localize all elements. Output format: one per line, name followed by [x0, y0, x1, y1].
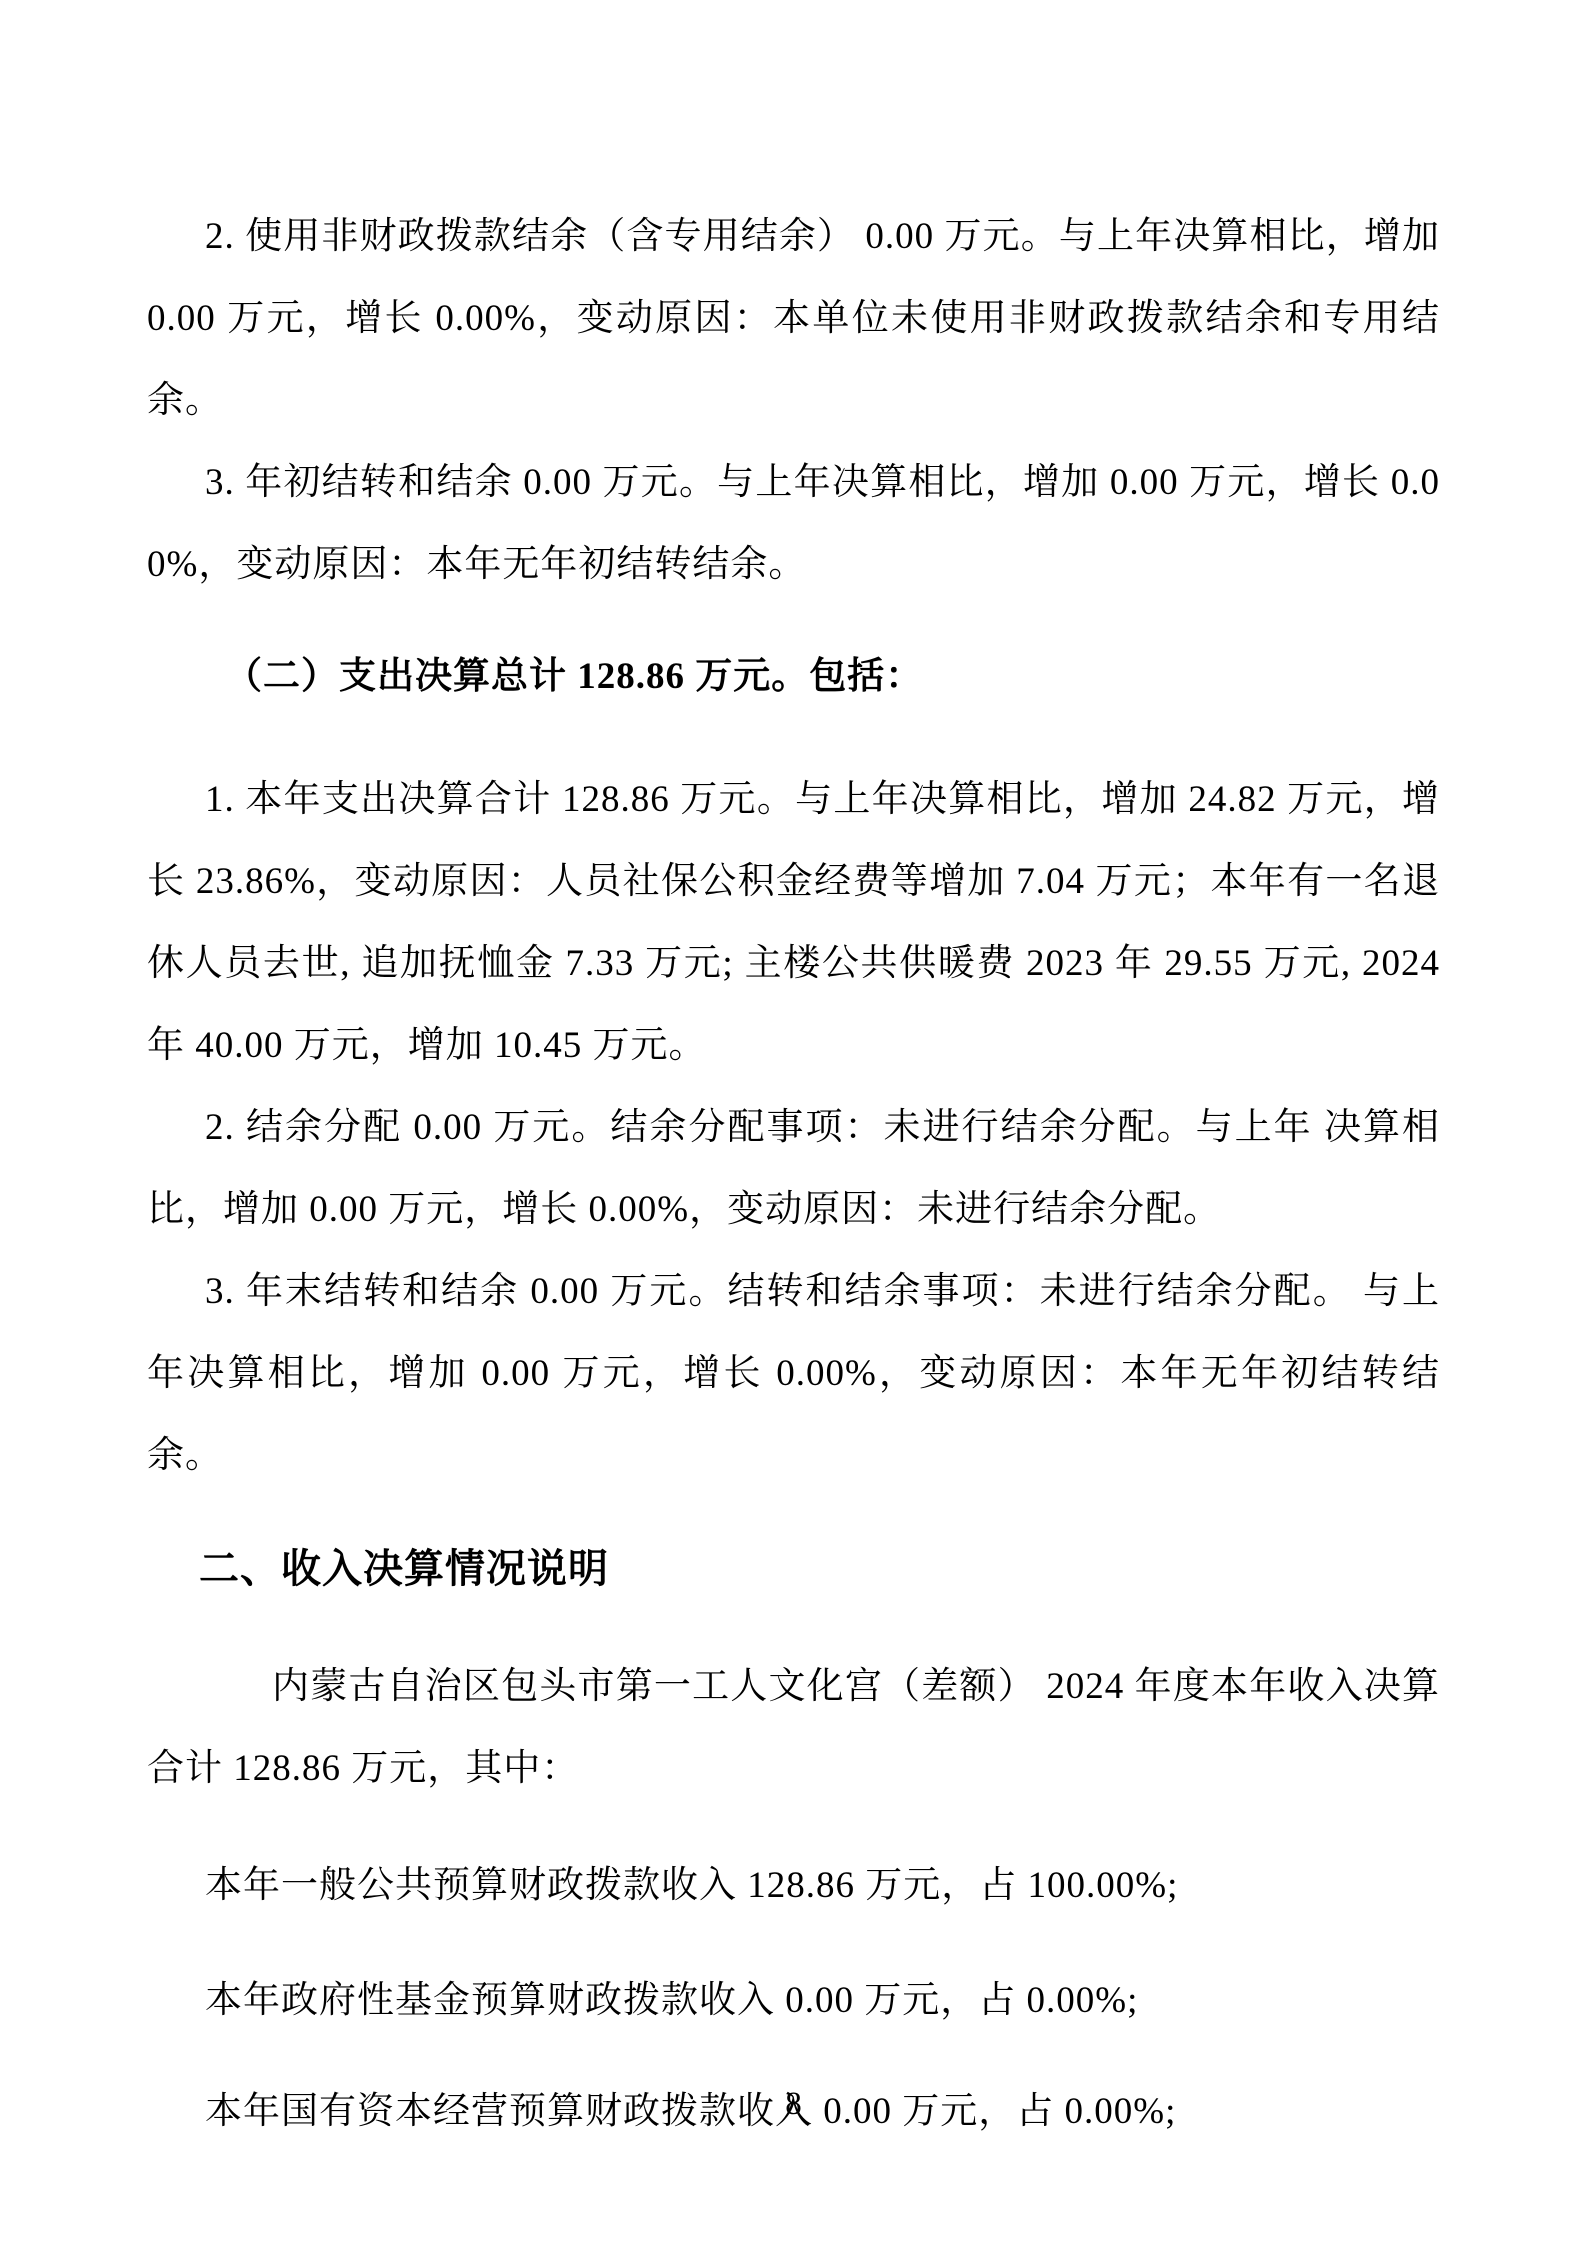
paragraph-expenditure-current-year: 1. 本年支出决算合计 128.86 万元。与上年决算相比，增加 24.82 万… [147, 759, 1440, 1087]
paragraph-balance-distribution: 2. 结余分配 0.00 万元。结余分配事项：未进行结余分配。与上年 决算相比，… [147, 1087, 1440, 1251]
document-body: 2. 使用非财政拨款结余（含专用结余） 0.00 万元。与上年决算相比，增加 0… [147, 196, 1440, 2153]
paragraph-carryover-beginning-year: 3. 年初结转和结余 0.00 万元。与上年决算相比，增加 0.00 万元，增长… [147, 442, 1440, 606]
paragraph-income-gov-fund-budget: 本年政府性基金预算财政拨款收入 0.00 万元，占 0.00%; [147, 1960, 1440, 2042]
paragraph-income-general-public-budget: 本年一般公共预算财政拨款收入 128.86 万元，占 100.00%; [147, 1845, 1440, 1927]
document-page: 2. 使用非财政拨款结余（含专用结余） 0.00 万元。与上年决算相比，增加 0… [0, 0, 1587, 2245]
paragraph-income-total: 内蒙古自治区包头市第一工人文化宫（差额） 2024 年度本年收入决算合计 128… [147, 1646, 1440, 1810]
page-number: 8 [0, 2082, 1587, 2126]
section-heading-expenditure-total: （二）支出决算总计 128.86 万元。包括： [147, 636, 1440, 718]
section-heading-income-statement: 二、收入决算情况说明 [147, 1528, 1440, 1610]
paragraph-carryover-year-end: 3. 年末结转和结余 0.00 万元。结转和结余事项：未进行结余分配。 与上年决… [147, 1251, 1440, 1497]
paragraph-nonfiscal-balance: 2. 使用非财政拨款结余（含专用结余） 0.00 万元。与上年决算相比，增加 0… [147, 196, 1440, 442]
